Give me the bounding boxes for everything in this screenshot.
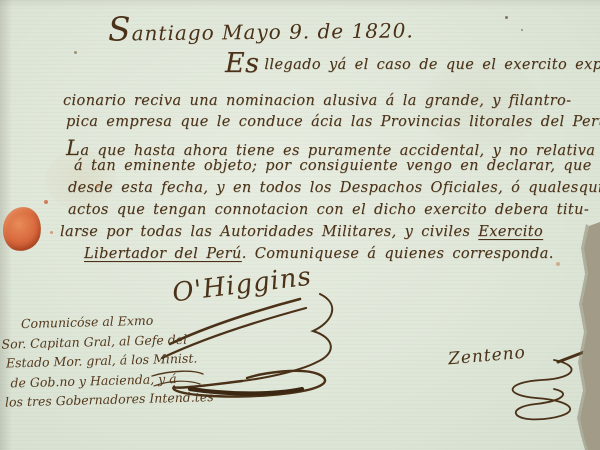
body-line-1-initial: Es (225, 48, 259, 79)
wax-speck (44, 200, 48, 204)
dateline: Santiago Mayo 9. de 1820. (108, 6, 414, 48)
body-line-9-underlined-libertador-del-peru: Libertador del Perú (84, 246, 242, 262)
body-line-6: desde esta fecha, y en todos los Despach… (68, 180, 600, 196)
body-line-3: pica empresa que le conduce ácia las Pro… (66, 114, 600, 130)
body-line-7: actos que tengan connotacion con el dich… (68, 202, 589, 218)
paper-speck (556, 262, 560, 266)
body-line-8-underlined-exercito: Exercito (478, 224, 543, 240)
wax-speck (96, 184, 100, 188)
body-line-8: larse por todas las Autoridades Militare… (60, 224, 543, 240)
body-line-4: La que hasta ahora tiene es puramente ac… (66, 136, 595, 160)
body-line-9: Libertador del Perú. Comuniquese á quien… (84, 246, 554, 262)
paper-speck (74, 51, 77, 54)
ink-speck (521, 29, 523, 31)
body-line-9-text: . Comuniquese á quienes corresponda. (242, 246, 554, 262)
body-line-1: Esllegado yá el caso de que el exercito … (225, 57, 600, 73)
ink-speck (505, 16, 508, 19)
body-line-1-text: llegado yá el caso de que el exercito ex… (264, 57, 600, 73)
marginal-note: Comunicóse al Exmo Sor. Capitan Gral, al… (0, 309, 206, 412)
marginal-note-flourish (150, 368, 205, 394)
manuscript-letter-scan: Santiago Mayo 9. de 1820. Esllegado yá e… (0, 0, 600, 450)
wax-speck (50, 231, 53, 234)
body-line-2: cionario reciva una nominacion alusiva á… (63, 93, 571, 109)
body-line-5: á tan eminente objeto; por consiguiente … (74, 158, 592, 174)
torn-paper-right-edge (574, 222, 600, 450)
body-line-8-text: larse por todas las Autoridades Militare… (60, 224, 470, 240)
